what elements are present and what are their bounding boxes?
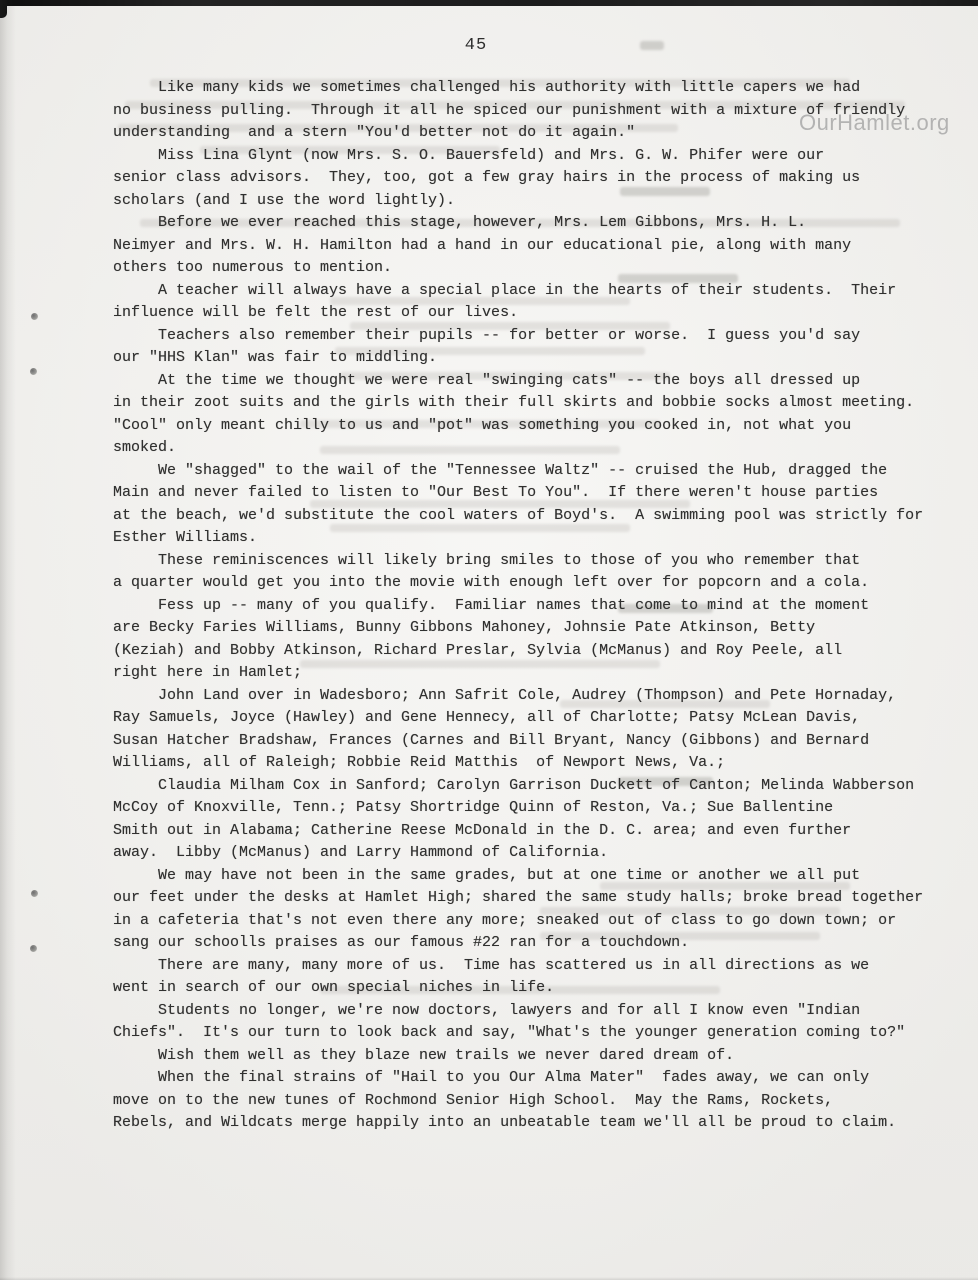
text-line: Miss Lina Glynt (now Mrs. S. O. Bauersfe… <box>113 145 953 168</box>
text-line: influence will be felt the rest of our l… <box>113 302 953 325</box>
paragraph: Before we ever reached this stage, howev… <box>113 212 953 280</box>
text-line: Williams, all of Raleigh; Robbie Reid Ma… <box>113 752 953 775</box>
paragraph: When the final strains of "Hail to you O… <box>113 1067 953 1135</box>
text-line: Ray Samuels, Joyce (Hawley) and Gene Hen… <box>113 707 953 730</box>
text-line: a quarter would get you into the movie w… <box>113 572 953 595</box>
text-line: Wish them well as they blaze new trails … <box>113 1045 953 1068</box>
text-line: We "shagged" to the wail of the "Tenness… <box>113 460 953 483</box>
text-line: Fess up -- many of you qualify. Familiar… <box>113 595 953 618</box>
text-line: our "HHS Klan" was fair to middling. <box>113 347 953 370</box>
page-number: 45 <box>0 36 952 55</box>
paragraph: There are many, many more of us. Time ha… <box>113 955 953 1000</box>
scan-speck <box>30 368 37 375</box>
paragraph: We "shagged" to the wail of the "Tenness… <box>113 460 953 550</box>
text-line: away. Libby (McManus) and Larry Hammond … <box>113 842 953 865</box>
paragraph: Students no longer, we're now doctors, l… <box>113 1000 953 1045</box>
paragraph: A teacher will always have a special pla… <box>113 280 953 325</box>
text-line: John Land over in Wadesboro; Ann Safrit … <box>113 685 953 708</box>
text-line: Rebels, and Wildcats merge happily into … <box>113 1112 953 1135</box>
text-line: We may have not been in the same grades,… <box>113 865 953 888</box>
text-line: At the time we thought we were real "swi… <box>113 370 953 393</box>
text-line: in a cafeteria that's not even there any… <box>113 910 953 933</box>
text-line: are Becky Faries Williams, Bunny Gibbons… <box>113 617 953 640</box>
scan-speck <box>30 945 37 952</box>
text-line: at the beach, we'd substitute the cool w… <box>113 505 953 528</box>
paragraph: Wish them well as they blaze new trails … <box>113 1045 953 1068</box>
text-line: no business pulling. Through it all he s… <box>113 100 953 123</box>
text-line: A teacher will always have a special pla… <box>113 280 953 303</box>
text-line: When the final strains of "Hail to you O… <box>113 1067 953 1090</box>
scan-speck <box>31 313 38 320</box>
text-line: McCoy of Knoxville, Tenn.; Patsy Shortri… <box>113 797 953 820</box>
text-line: our feet under the desks at Hamlet High;… <box>113 887 953 910</box>
text-line: went in search of our own special niches… <box>113 977 953 1000</box>
paragraph: Claudia Milham Cox in Sanford; Carolyn G… <box>113 775 953 865</box>
text-line: There are many, many more of us. Time ha… <box>113 955 953 978</box>
text-line: Main and never failed to listen to "Our … <box>113 482 953 505</box>
text-line: senior class advisors. They, too, got a … <box>113 167 953 190</box>
text-line: Susan Hatcher Bradshaw, Frances (Carnes … <box>113 730 953 753</box>
body-text: Like many kids we sometimes challenged h… <box>113 77 953 1135</box>
paragraph: Like many kids we sometimes challenged h… <box>113 77 953 145</box>
paragraph: Miss Lina Glynt (now Mrs. S. O. Bauersfe… <box>113 145 953 213</box>
scanner-edge-top <box>0 0 978 6</box>
text-line: These reminiscences will likely bring sm… <box>113 550 953 573</box>
page-left-shadow <box>0 0 16 1280</box>
text-line: understanding and a stern "You'd better … <box>113 122 953 145</box>
text-line: others too numerous to mention. <box>113 257 953 280</box>
text-line: sang our schoolls praises as our famous … <box>113 932 953 955</box>
text-line: Esther Williams. <box>113 527 953 550</box>
text-line: right here in Hamlet; <box>113 662 953 685</box>
scan-speck <box>31 890 38 897</box>
paragraph: Teachers also remember their pupils -- f… <box>113 325 953 370</box>
text-line: scholars (and I use the word lightly). <box>113 190 953 213</box>
text-line: Claudia Milham Cox in Sanford; Carolyn G… <box>113 775 953 798</box>
text-line: move on to the new tunes of Rochmond Sen… <box>113 1090 953 1113</box>
paragraph: We may have not been in the same grades,… <box>113 865 953 955</box>
text-line: Students no longer, we're now doctors, l… <box>113 1000 953 1023</box>
text-line: Chiefs". It's our turn to look back and … <box>113 1022 953 1045</box>
text-line: (Keziah) and Bobby Atkinson, Richard Pre… <box>113 640 953 663</box>
paragraph: These reminiscences will likely bring sm… <box>113 550 953 595</box>
paragraph: At the time we thought we were real "swi… <box>113 370 953 460</box>
text-line: in their zoot suits and the girls with t… <box>113 392 953 415</box>
paragraph: John Land over in Wadesboro; Ann Safrit … <box>113 685 953 775</box>
text-line: "Cool" only meant chilly to us and "pot"… <box>113 415 953 438</box>
paragraph: Fess up -- many of you qualify. Familiar… <box>113 595 953 685</box>
text-line: smoked. <box>113 437 953 460</box>
text-line: Like many kids we sometimes challenged h… <box>113 77 953 100</box>
text-line: Teachers also remember their pupils -- f… <box>113 325 953 348</box>
text-line: Neimyer and Mrs. W. H. Hamilton had a ha… <box>113 235 953 258</box>
text-line: Smith out in Alabama; Catherine Reese Mc… <box>113 820 953 843</box>
text-line: Before we ever reached this stage, howev… <box>113 212 953 235</box>
scanned-page: 45 OurHamlet.org Like many kids we somet… <box>0 0 978 1280</box>
